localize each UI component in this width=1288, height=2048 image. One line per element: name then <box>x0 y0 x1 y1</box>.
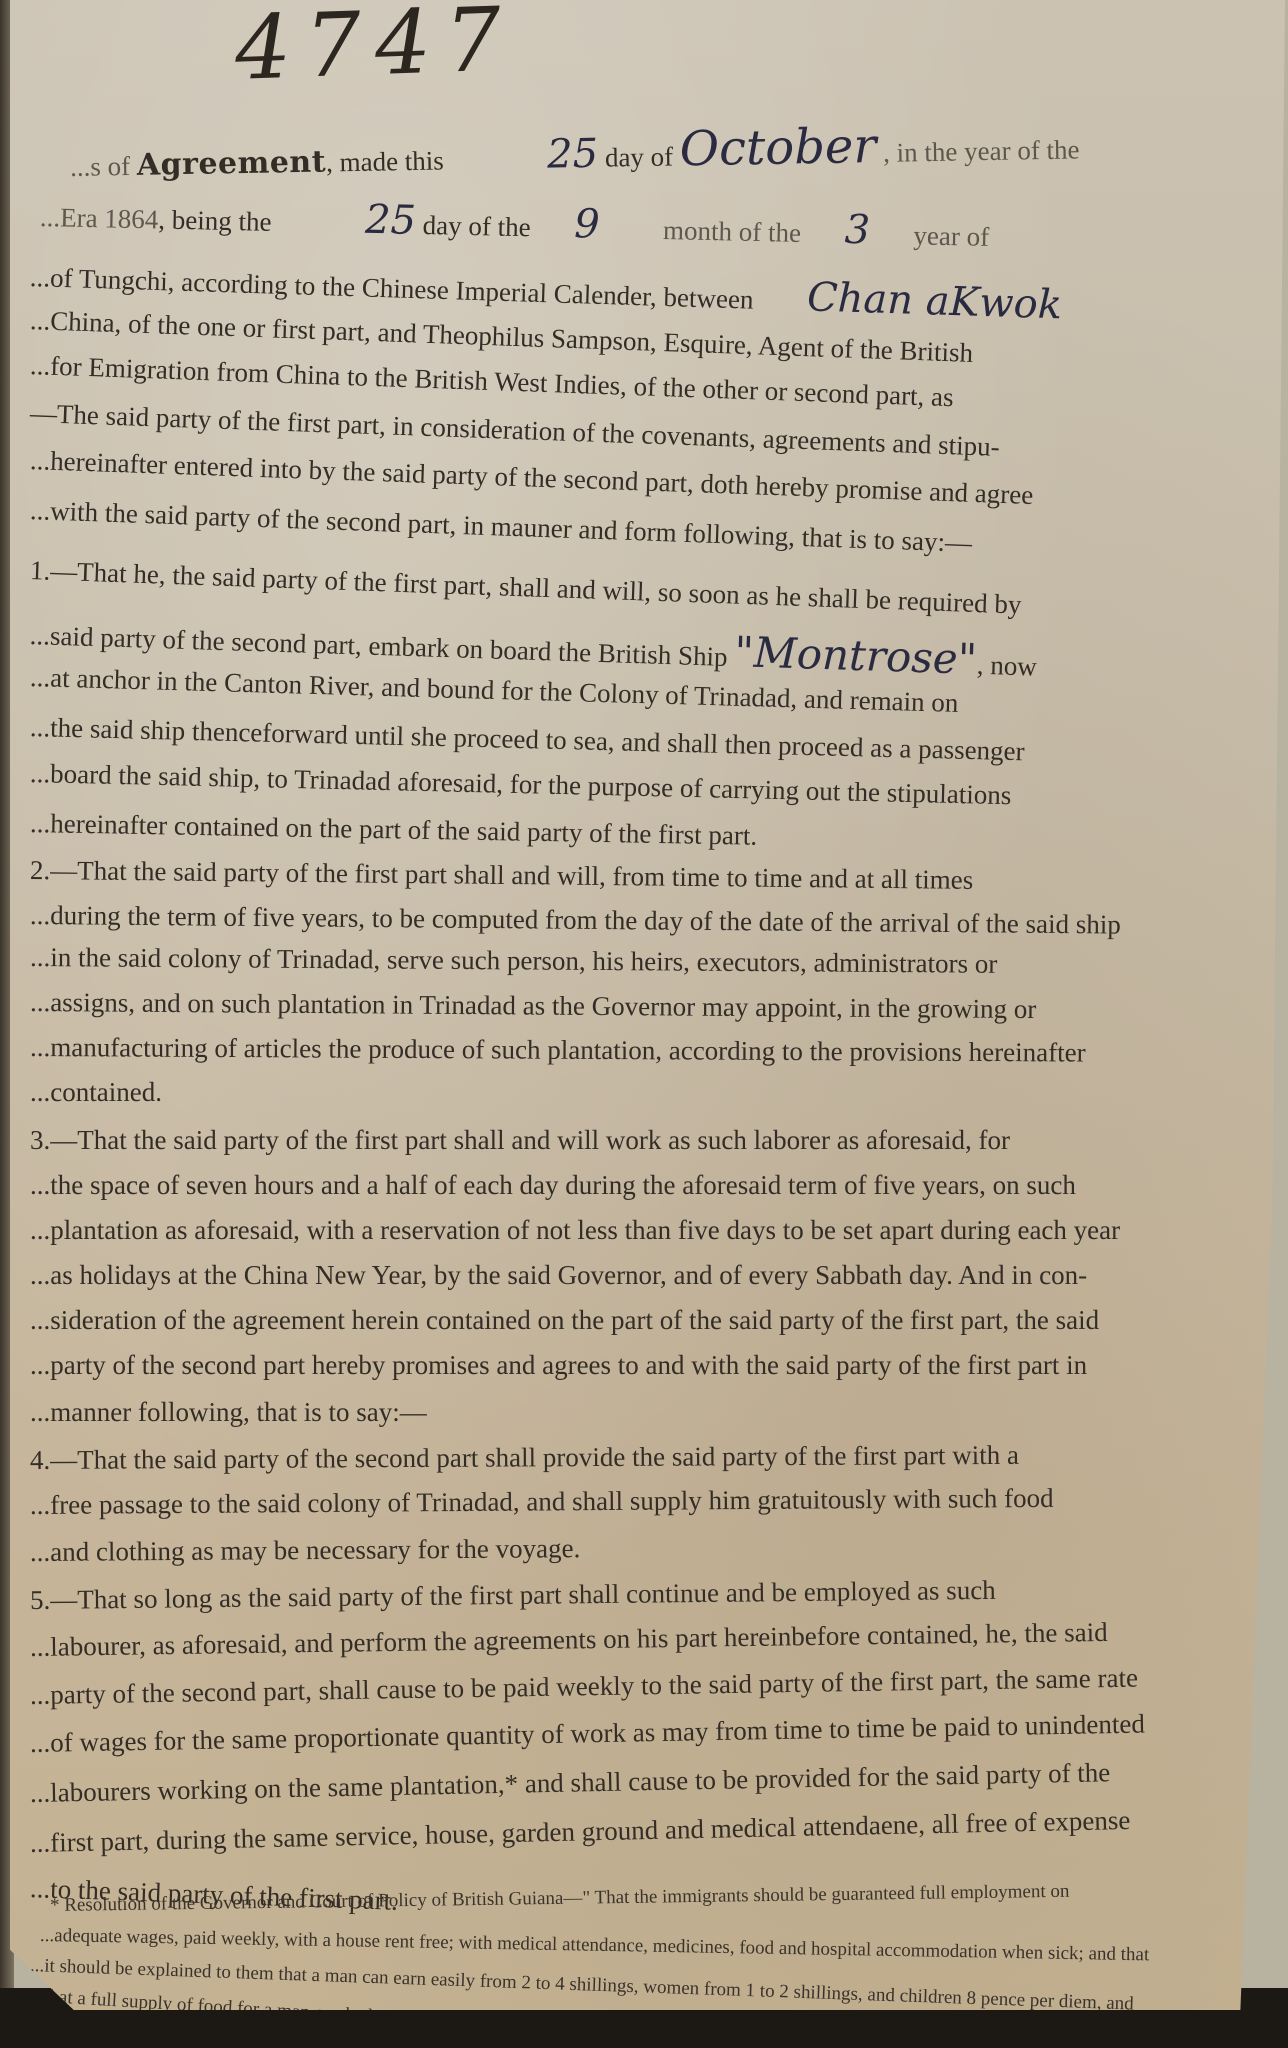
clause-5-line-2: ...labourer, as aforesaid, and perform t… <box>30 1617 1108 1663</box>
month-of-the-label: month of the <box>663 215 802 248</box>
header-line-8: ...with the said party of the second par… <box>29 495 972 559</box>
clause-2-line-6: ...contained. <box>30 1077 162 1108</box>
day-of-the-label: day of the <box>422 210 531 242</box>
clause-4-line-3: ...and clothing as may be necessary for … <box>30 1533 581 1568</box>
clause-3-line-3: ...plantation as aforesaid, with a reser… <box>30 1215 1120 1246</box>
clause-5-line-4: ...of wages for the same proportionate q… <box>30 1709 1145 1759</box>
after-ship-text: , now <box>976 650 1037 682</box>
clause-2-line-5: ...manufacturing of articles the produce… <box>30 1032 1086 1069</box>
handwritten-month-number: 9 <box>574 201 600 248</box>
clause-5-line-6: ...first part, during the same service, … <box>30 1805 1131 1859</box>
clause-2-line-3: ...in the said colony of Trinadad, serve… <box>30 942 998 980</box>
handwritten-form-number: 4747 <box>233 0 516 100</box>
clause-5-line-5: ...labourers working on the same plantat… <box>30 1757 1111 1809</box>
clause-2-line-2: ...during the term of five years, to be … <box>30 900 1121 941</box>
clause-1-line-6: ...hereinafter contained on the part of … <box>30 808 758 852</box>
header-line-2: ...Era 1864, being the 25 day of the 9 m… <box>40 190 990 256</box>
agreement-title: Agreement <box>137 145 327 183</box>
agreement-page: 4747 ...s of Agreement, made this 25 day… <box>10 0 1285 2010</box>
handwritten-chinese-day: 25 <box>365 197 417 244</box>
handwritten-year: 3 <box>844 207 870 254</box>
handwritten-month: October <box>679 118 876 177</box>
header-line-3-text: ...of Tungchi, according to the Chinese … <box>29 262 754 315</box>
year-of-label: year of <box>913 220 989 252</box>
handwritten-party-name: Chan aKwok <box>806 274 1062 328</box>
clause-4-line-1: 4.—That the said party of the second par… <box>30 1440 1019 1476</box>
handwritten-ship-name: "Montrose" <box>734 627 978 684</box>
day-label: day of <box>605 141 674 172</box>
clause-2-line-1: 2.—That the said party of the first part… <box>30 855 974 896</box>
clause-5-line-3: ...party of the second part, shall cause… <box>30 1663 1138 1711</box>
clause-3-line-1: 3.—That the said party of the first part… <box>30 1125 1010 1156</box>
footnote-line-2: ...adequate wages, paid weekly, with a h… <box>40 1925 1150 1966</box>
clause-3-line-2: ...the space of seven hours and a half o… <box>30 1170 1076 1201</box>
header-line-1: ...s of Agreement, made this 25 day of O… <box>70 114 1080 188</box>
clause-3-line-5: ...sideration of the agreement herein co… <box>30 1305 1099 1336</box>
clause-4-line-2: ...free passage to the said colony of Tr… <box>30 1483 1054 1521</box>
header-text: , made this <box>326 145 444 177</box>
era-prefix: ...Era 1864 <box>40 202 159 234</box>
clause-1-line-4: ...the said ship thenceforward until she… <box>30 712 1025 767</box>
clause-3-line-7: ...manner following, that is to say:— <box>30 1397 427 1428</box>
header-prefix: ...s of <box>70 151 131 182</box>
header-after: , in the year of the <box>883 134 1080 167</box>
clause-5-line-1: 5.—That so long as the said party of the… <box>30 1575 996 1616</box>
clause-3-line-4: ...as holidays at the China New Year, by… <box>30 1260 1087 1291</box>
clause-1-line-5: ...board the said ship, to Trinadad afor… <box>30 758 1012 811</box>
clause-3-line-6: ...party of the second part hereby promi… <box>30 1350 1087 1381</box>
clause-2-line-4: ...assigns, and on such plantation in Tr… <box>30 987 1037 1025</box>
handwritten-day: 25 <box>547 131 599 178</box>
being-the-text: , being the <box>158 204 272 236</box>
